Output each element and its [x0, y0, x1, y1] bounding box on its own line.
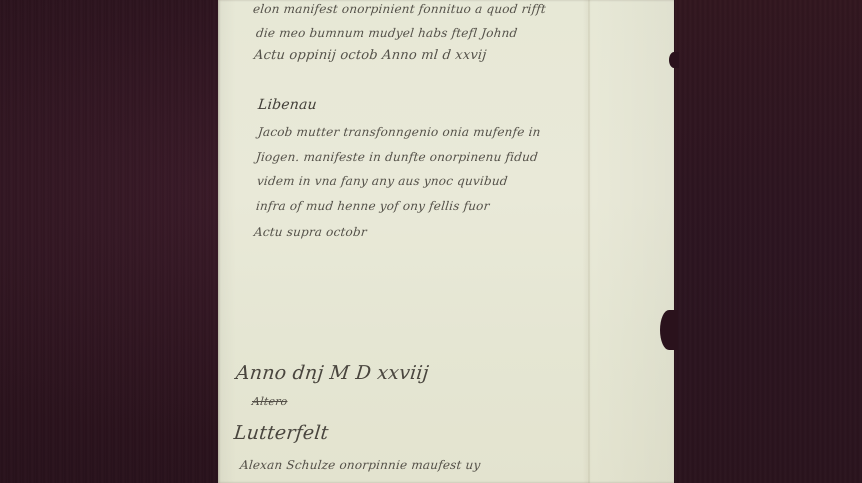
manuscript-line: Alexan Schulze onorpinnie maufest uy [239, 458, 481, 472]
manuscript-line: Jacob mutter transfonngenio onia mufenfe… [257, 125, 541, 139]
manuscript-line: Jiogen. manifeste in dunfte onorpinenu f… [255, 150, 538, 164]
section-heading: Lutterfelt [233, 422, 330, 444]
manuscript-line: infra of mud henne yof ony fellis fuor [255, 199, 490, 213]
manuscript-page [218, 0, 674, 483]
manuscript-line: videm in vna fany any aus ynoc quvibud [256, 174, 508, 188]
torn-edge-notch [660, 310, 678, 350]
fabric-backdrop-right [675, 0, 862, 483]
date-line: Anno dnj M D xxviij [235, 362, 430, 384]
manuscript-line: die meo bumnum mudyel habs ftefl Johnd [255, 26, 518, 40]
manuscript-line: Actu supra octobr [253, 225, 367, 239]
paper-fold-crease [588, 0, 590, 483]
manuscript-line: elon manifest onorpinient fonnituo a quo… [252, 2, 546, 16]
manuscript-line: Actu oppinij octob Anno ml d xxvij [253, 48, 487, 63]
struck-word: Altero [251, 395, 288, 408]
torn-edge-notch [669, 52, 679, 68]
section-heading: Libenau [257, 97, 317, 113]
